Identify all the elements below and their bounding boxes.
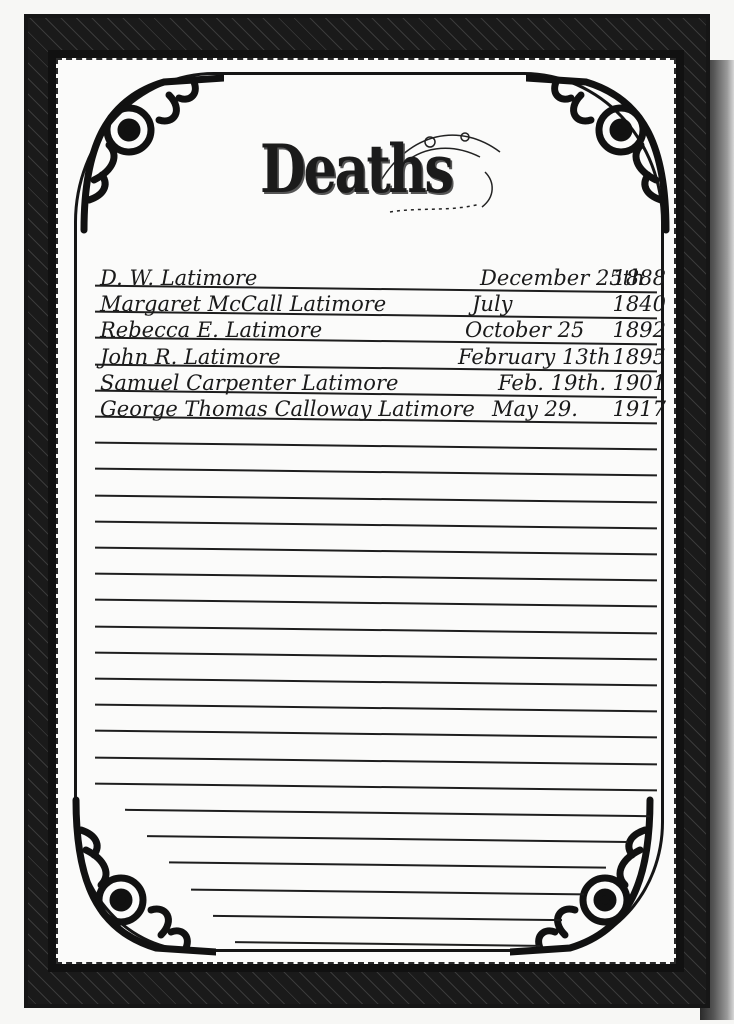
entry-name: Samuel Carpenter Latimore — [100, 371, 398, 395]
entry-name: John R. Latimore — [100, 345, 281, 369]
entry-name: Margaret McCall Latimore — [100, 292, 386, 316]
corner-ornament-top-right-icon — [526, 70, 676, 240]
entry-date: Feb. 19th. — [498, 371, 606, 395]
entry-year: 1917 — [613, 397, 666, 421]
entry-date: October 25 — [465, 318, 584, 342]
entry-name: Rebecca E. Latimore — [100, 318, 322, 342]
corner-ornament-top-left-icon — [74, 70, 224, 240]
entry-date: July — [472, 292, 513, 316]
title-block: Deaths — [250, 112, 510, 232]
entry-date: May 29. — [492, 397, 578, 421]
entry-year: 1892 — [613, 318, 666, 342]
entry-year: 1840 — [613, 292, 666, 316]
entry-row: George Thomas Calloway LatimoreMay 29.19… — [100, 393, 670, 423]
entry-name: D. W. Latimore — [100, 266, 257, 290]
entry-year: 1888 — [613, 266, 666, 290]
entry-year: 1901 — [613, 371, 666, 395]
entry-name: George Thomas Calloway Latimore — [100, 397, 475, 421]
page-title: Deaths — [260, 130, 452, 208]
entry-year: 1895 — [613, 345, 666, 369]
entry-date: February 13th — [458, 345, 611, 369]
corner-ornament-bottom-left-icon — [66, 790, 216, 960]
